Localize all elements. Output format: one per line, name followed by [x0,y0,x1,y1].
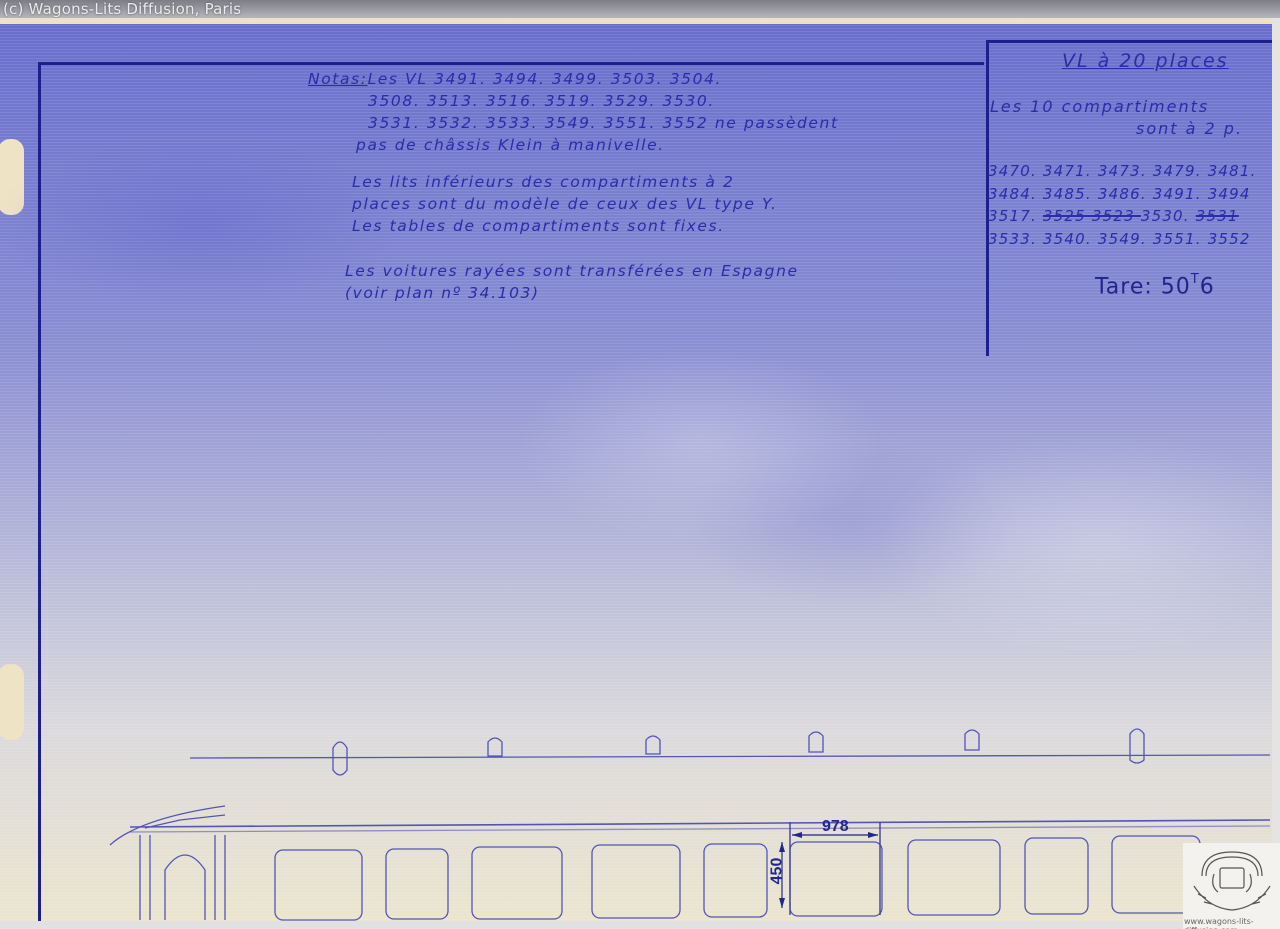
wagons-lits-crest-icon [1188,846,1276,916]
dimension-height-label: 450 [768,858,786,885]
car-side-elevation-drawing [0,0,1280,929]
bottom-strip [0,921,1280,929]
website-watermark: www.wagons-lits-diffusion.com [1184,917,1280,929]
window-outline [275,836,1200,920]
roof-ventilator-icon [333,729,1144,775]
dimension-width-label: 978 [822,818,849,836]
